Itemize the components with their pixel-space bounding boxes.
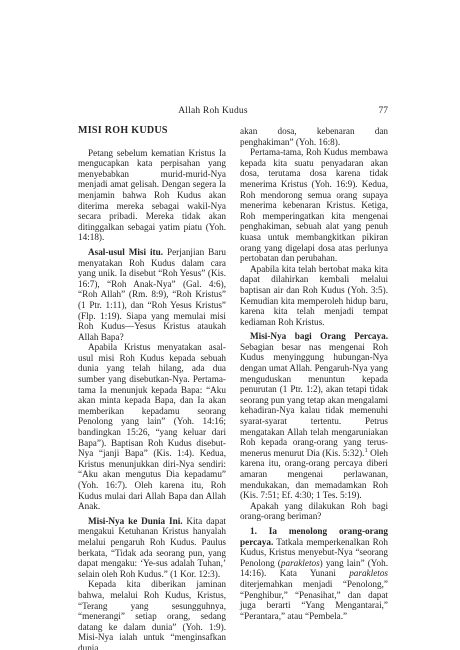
greek-term: parakletos [349, 568, 388, 578]
scanned-page: Allah Roh Kudus 77 MISI ROH KUDUS Petang… [0, 0, 460, 650]
greek-term: parakletos [281, 558, 320, 568]
paragraph-lead: Misi-Nya ke Dunia Ini. [88, 516, 183, 526]
paragraph-text: Perjanjian Baru menyatakan Roh Kudus dal… [78, 247, 226, 342]
paragraph-misi-dunia: Misi-Nya ke Dunia Ini. Kita dapat mengak… [78, 516, 226, 580]
running-header-title: Allah Roh Kudus [78, 106, 348, 117]
paragraph-ia-menolong: 1. Ia menolong orang-orang percaya. Tatk… [240, 526, 388, 621]
section-heading: MISI ROH KUDUS [78, 126, 226, 137]
paragraph-text: diterjemahkan menjadi “Penolong,” “Pengh… [240, 579, 388, 621]
paragraph-apabila-bertobat: Apabila kita telah bertobat maka kita da… [240, 264, 388, 328]
page-number: 77 [379, 106, 389, 117]
text-columns: MISI ROH KUDUS Petang sebelum kematian K… [78, 126, 388, 650]
paragraph-petang: Petang sebelum kematian Kristus Ia mengu… [78, 148, 226, 243]
left-column: MISI ROH KUDUS Petang sebelum kematian K… [78, 126, 226, 650]
paragraph-kepada-kita: Kepada kita diberikan jaminan bahwa, mel… [78, 579, 226, 650]
paragraph-lead: Asal-usul Misi itu. [88, 247, 163, 257]
paragraph-continuation: akan dosa, kebenaran dan penghakiman” (Y… [240, 126, 388, 147]
paragraph-text: Sebagian besar nas mengenai Roh Kudus me… [240, 342, 388, 458]
paragraph-pertama-tama: Pertama-tama, Roh Kudus membawa kepada k… [240, 147, 388, 264]
paragraph-lead: Misi-Nya bagi Orang Percaya. [250, 331, 388, 341]
paragraph-apabila-kristus: Apabila Kristus menyatakan asal-usul mis… [78, 342, 226, 512]
paragraph-asal-usul: Asal-usul Misi itu. Perjanjian Baru meny… [78, 247, 226, 342]
right-column: akan dosa, kebenaran dan penghakiman” (Y… [240, 126, 388, 650]
running-header: Allah Roh Kudus 77 [78, 106, 388, 119]
paragraph-apakah: Apakah yang dilakukan Roh bagi orang-ora… [240, 501, 388, 522]
paragraph-misi-percaya: Misi-Nya bagi Orang Percaya. Sebagian be… [240, 331, 388, 501]
